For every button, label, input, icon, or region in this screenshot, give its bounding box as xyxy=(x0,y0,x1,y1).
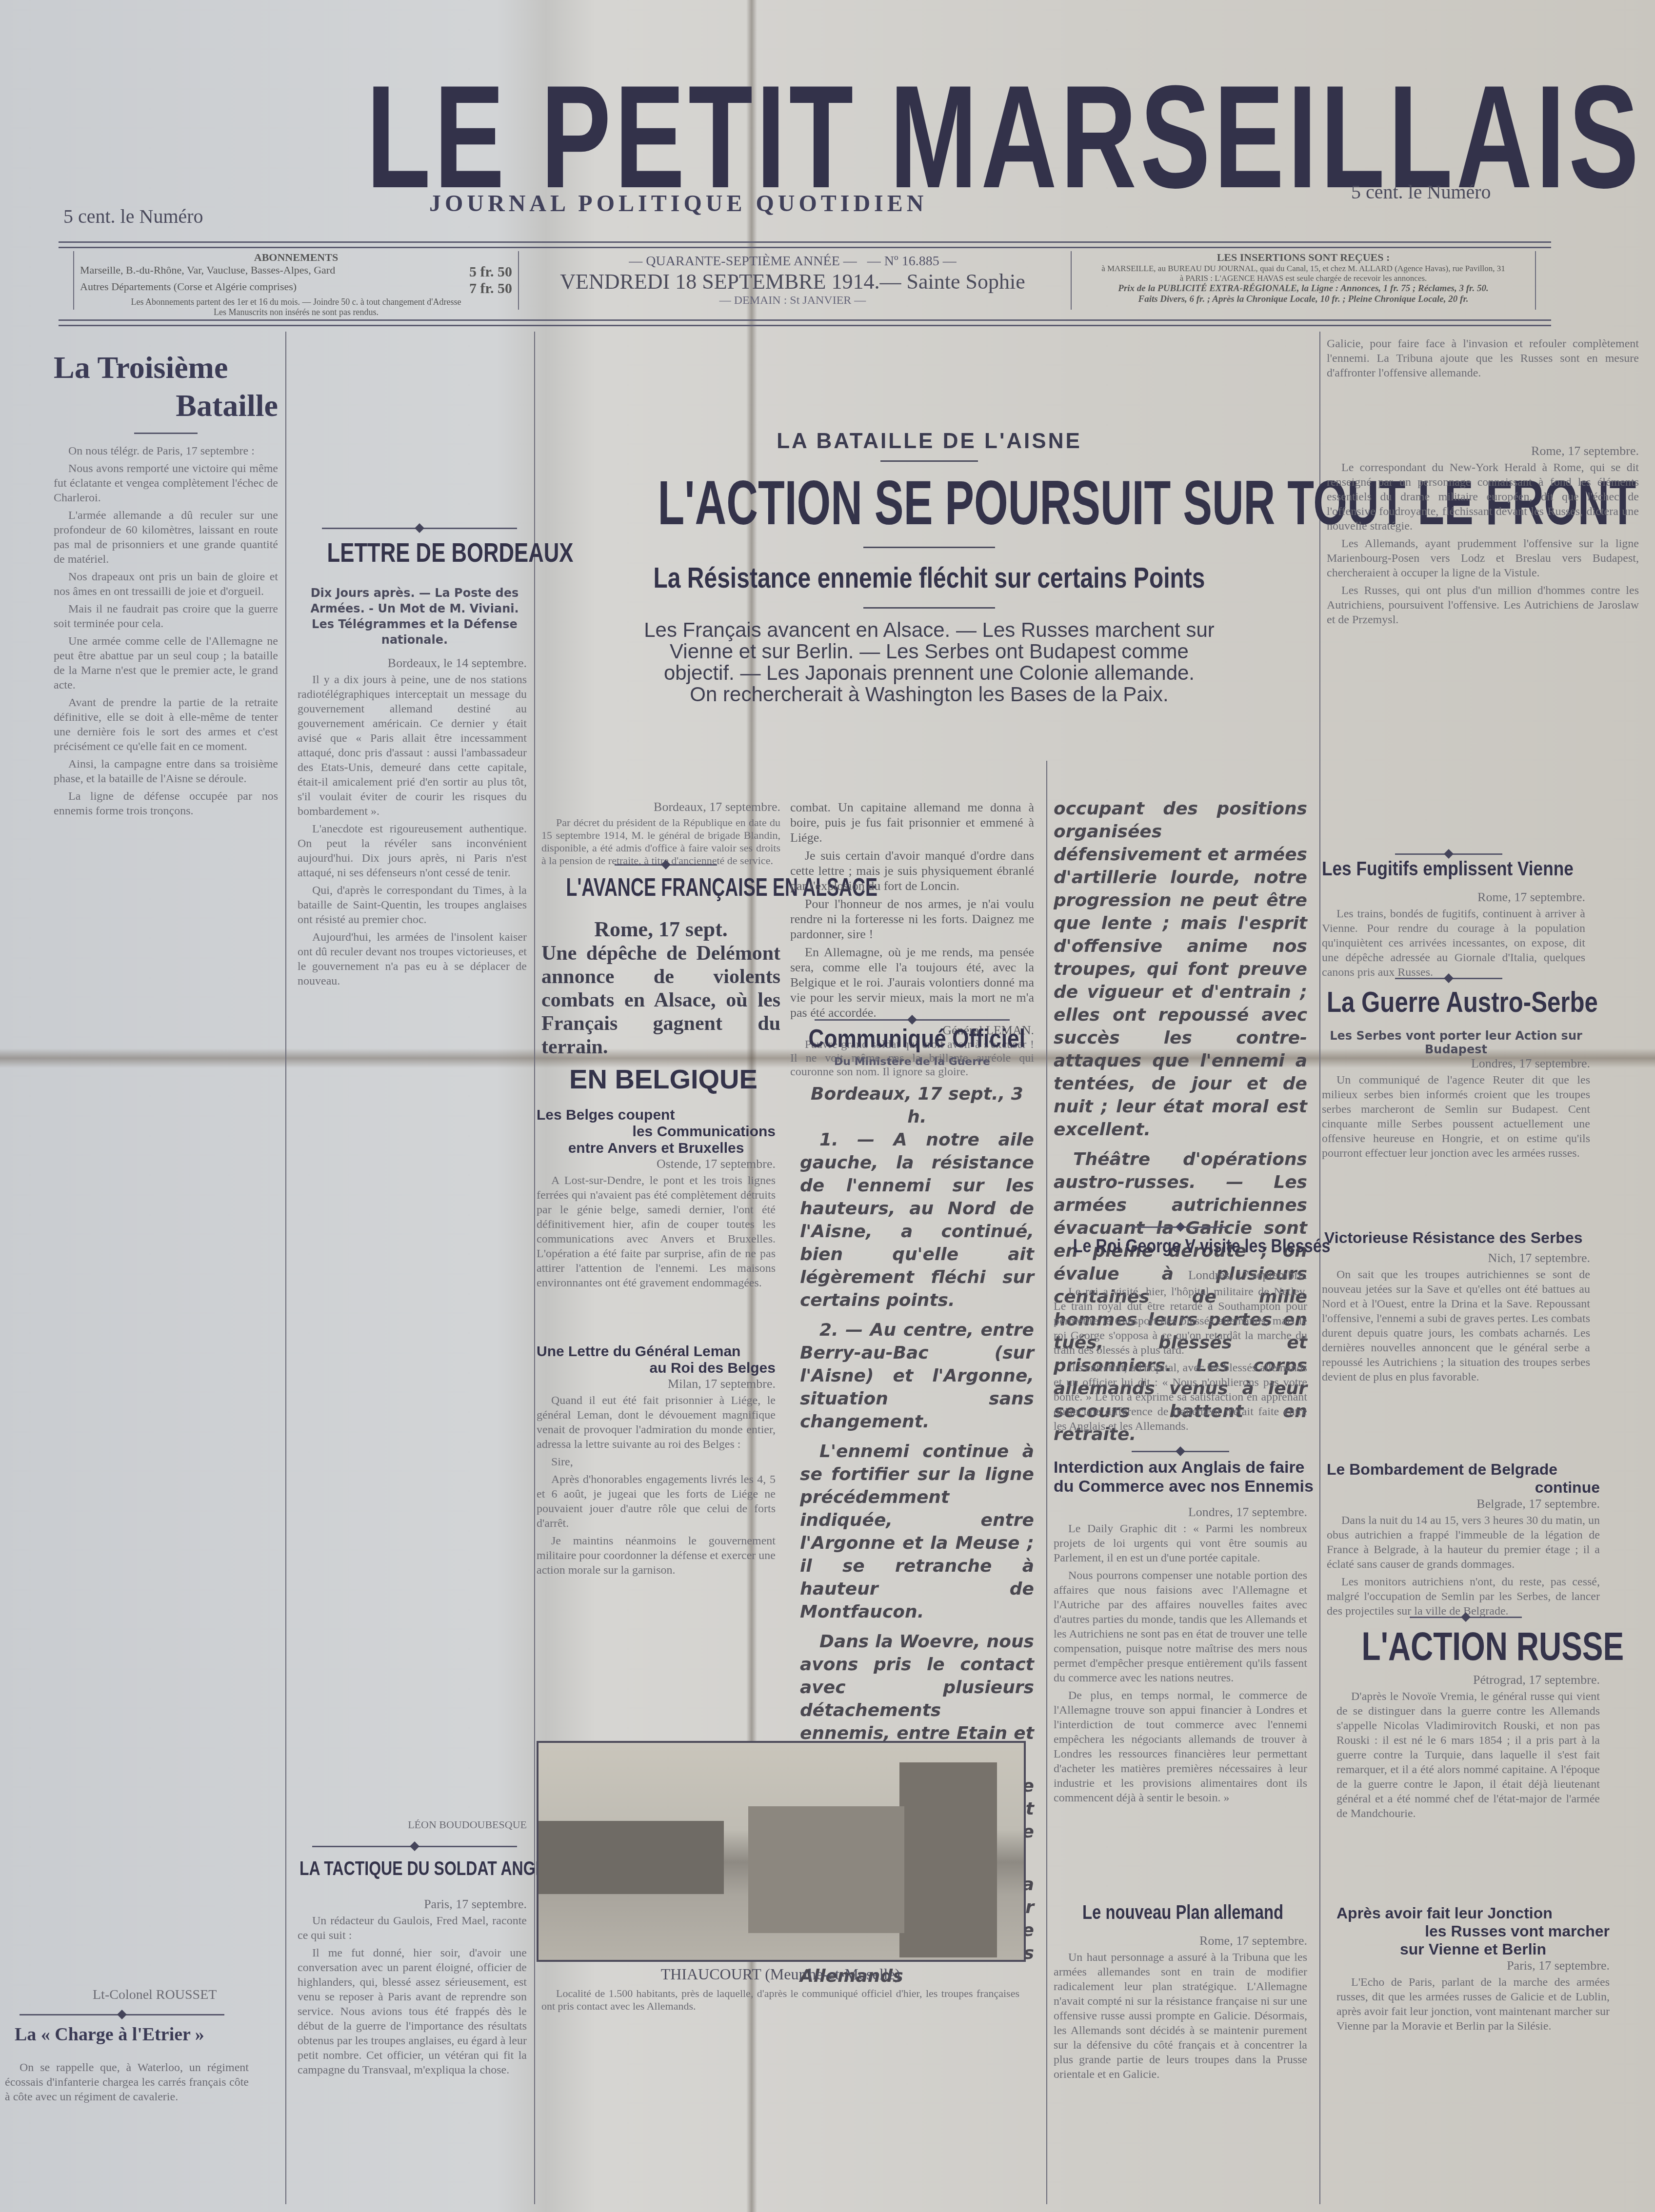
dateline: Ostende, 17 septembre. xyxy=(537,1157,776,1171)
signature: LÉON BOUDOUBESQUE xyxy=(298,1818,527,1831)
article-austro-serbe: Les Serbes vont porter leur Action sur B… xyxy=(1322,1029,1590,1164)
article-body: On se rappelle que, à Waterloo, un régim… xyxy=(5,2060,249,2207)
photo-description: Localité de 1.500 habitants, près de laq… xyxy=(541,1987,1019,2031)
article-title-bordeaux: LETTRE DE BORDEAUX xyxy=(327,536,502,568)
article-action-russe: Pétrograd, 17 septembre. D'après le Novo… xyxy=(1336,1673,1600,1870)
article-lettre-bordeaux: Bordeaux, le 14 septembre. Il y a dix jo… xyxy=(298,656,527,1831)
article-title: du Commerce avec nos Ennemis xyxy=(1054,1477,1307,1496)
article-body: Il y a dix jours à peine, une de nos sta… xyxy=(298,672,527,1818)
lead-headline: L'ACTION SE POURSUIT SUR TOUT LE FRONT xyxy=(658,472,1201,535)
ornament-rule xyxy=(1132,1451,1229,1452)
ornament-rule xyxy=(322,528,517,529)
subscription-label: Marseille, B.-du-Rhône, Var, Vaucluse, B… xyxy=(80,264,335,280)
article-title: continue xyxy=(1327,1479,1600,1497)
subscription-price: 5 fr. 50 xyxy=(469,264,512,280)
article-body: Le Daily Graphic dit : « Parmi les nombr… xyxy=(1054,1521,1307,1946)
article-body: Un communiqué de l'agence Reuter dit que… xyxy=(1322,1073,1590,1164)
article-body: D'après le Novoïe Vremia, le général rus… xyxy=(1336,1689,1600,1870)
dateline: Belgrade, 17 septembre. xyxy=(1327,1497,1600,1511)
article-george-v: Londres, 17 septembre. Le roi a visité, … xyxy=(1054,1268,1307,1437)
article-tactique: Paris, 17 septembre. Un rédacteur du Gau… xyxy=(298,1897,527,2196)
article-title: au Roi des Belges xyxy=(537,1360,776,1377)
article-body: Un haut personnage a assuré à la Tribuna… xyxy=(1054,1950,1307,2204)
issue-info: — QUARANTE-SEPTIÈME ANNÉE — — Nº 16.885 … xyxy=(522,254,1063,307)
article-title-alsace: L'AVANCE FRANÇAISE EN ALSACE xyxy=(566,873,756,902)
ornament-rule xyxy=(1410,1617,1522,1618)
article-body: combat. Un capitaine allemand me donna à… xyxy=(790,800,1034,1023)
article-decree: Bordeaux, 17 septembre. Par décret du pr… xyxy=(541,800,780,870)
dateline: Rome, 17 sept. xyxy=(541,917,780,942)
masthead-title: LE PETIT MARSEILLAIS xyxy=(366,63,1297,210)
ornament-rule xyxy=(1395,853,1502,855)
article-alsace: Rome, 17 sept. Une dépêche de Delémont a… xyxy=(541,917,780,1059)
article-subtitle: entre Anvers et Bruxelles xyxy=(537,1140,776,1157)
ornament-rule xyxy=(1132,1226,1229,1228)
column-rule xyxy=(534,332,535,2204)
price-left: 5 cent. le Numéro xyxy=(63,205,203,228)
saint-tomorrow: — DEMAIN : St JANVIER — xyxy=(522,294,1063,307)
dateline: Londres, 17 septembre. xyxy=(1054,1268,1307,1283)
dateline: Paris, 17 septembre. xyxy=(1336,1958,1610,1973)
advertising-rates: Prix de la PUBLICITÉ EXTRA-RÉGIONALE, la… xyxy=(1072,283,1535,294)
column-rule xyxy=(1046,761,1047,2204)
article-subtitle: Dix Jours après. — La Poste des Armées. … xyxy=(302,585,527,648)
lead-deck: Les Français avancent en Alsace. — Les R… xyxy=(541,619,1317,705)
article-title-charge: La « Charge à l'Etrier » xyxy=(15,2024,204,2045)
article-body: Le correspondant du New-York Herald à Ro… xyxy=(1327,460,1639,841)
article-title: Le Bombardement de Belgrade xyxy=(1327,1461,1600,1479)
article-body: Dans la nuit du 14 au 15, vers 3 heures … xyxy=(1327,1513,1600,1621)
article-title-action-russe: L'ACTION RUSSE xyxy=(1362,1624,1575,1670)
article-title: Une Lettre du Général Leman xyxy=(537,1343,776,1360)
subscription-label: Autres Départements (Corse et Algérie co… xyxy=(80,280,297,297)
article-title: sur Vienne et Berlin xyxy=(1336,1940,1610,1958)
ornament-rule xyxy=(815,1019,1010,1021)
dateline: Londres, 17 septembre. xyxy=(1322,1056,1590,1071)
article-right-top: Galicie, pour faire face à l'invasion et… xyxy=(1327,336,1639,841)
manuscripts-note: Les Manuscrits non insérés ne sont pas r… xyxy=(74,307,518,317)
article-body: Un rédacteur du Gaulois, Fred Mael, raco… xyxy=(298,1914,527,2196)
section-title-belgique: EN BELGIQUE xyxy=(556,1063,771,1095)
advertising-line: à PARIS : L'AGENCE HAVAS est seule charg… xyxy=(1072,274,1535,283)
masthead-rule-top xyxy=(59,241,1551,248)
issue-date: VENDREDI 18 SEPTEMBRE 1914.— Sainte Soph… xyxy=(522,269,1063,294)
dateline: Milan, 17 septembre. xyxy=(537,1377,776,1391)
lead-subhead: La Résistance ennemie fléchit sur certai… xyxy=(619,561,1239,594)
article-jonction: Après avoir fait leur Jonction les Russe… xyxy=(1336,1904,1610,2121)
ornament-rule xyxy=(312,1846,517,1847)
article-title-communique: Communiqué Officiel xyxy=(809,1024,1016,1053)
article-title-plan: Le nouveau Plan allemand xyxy=(1077,1902,1289,1924)
dateline: Londres, 17 septembre. xyxy=(1054,1505,1307,1520)
ornament-rule xyxy=(615,864,717,866)
advertising-heading: LES INSERTIONS SONT REÇUES : xyxy=(1072,251,1535,264)
article-resistance-serbes: Nich, 17 septembre. On sait que les trou… xyxy=(1322,1251,1590,1453)
article-body: L'Echo de Paris, parlant de la marche de… xyxy=(1336,1975,1610,2121)
dateline: Bordeaux, 17 sept., 3 h. xyxy=(800,1083,1034,1128)
article-title-resistance: Victorieuse Résistance des Serbes xyxy=(1324,1229,1597,1247)
advertising-rates: Faits Divers, 6 fr. ; Après la Chronique… xyxy=(1072,294,1535,305)
lead-kicker: LA BATAILLE DE L'AISNE xyxy=(541,429,1317,454)
subscriptions-box: ABONNEMENTS Marseille, B.-du-Rhône, Var,… xyxy=(73,251,519,310)
article-troisieme-bataille: La Troisième Bataille On nous télégr. de… xyxy=(54,349,278,1882)
article-title: La Troisième xyxy=(54,349,278,387)
dateline: Nich, 17 septembre. xyxy=(1322,1251,1590,1265)
masthead-subtitle: JOURNAL POLITIQUE QUOTIDIEN xyxy=(429,190,927,217)
subscriptions-note: Les Abonnements partent des 1er et 16 du… xyxy=(74,297,518,307)
article-title: Interdiction aux Anglais de faire xyxy=(1054,1458,1307,1477)
dateline: Bordeaux, le 14 septembre. xyxy=(298,656,527,671)
article-body: On sait que les troupes autrichiennes se… xyxy=(1322,1267,1590,1453)
dateline: Bordeaux, 17 septembre. xyxy=(541,800,780,814)
article-title-fugitifs: Les Fugitifs emplissent Vienne xyxy=(1322,858,1562,880)
column-rule xyxy=(1319,332,1320,2204)
subscriptions-heading: ABONNEMENTS xyxy=(74,251,518,264)
article-title-tactique: LA TACTIQUE DU SOLDAT ANGLAIS xyxy=(299,1858,510,1880)
article-belgrade: Le Bombardement de Belgrade continue Bel… xyxy=(1327,1461,1600,1621)
dateline: Paris, 17 septembre. xyxy=(298,1897,527,1912)
article-body: On nous télégr. de Paris, 17 septembre :… xyxy=(54,444,278,1882)
article-subtitle: Les Belges coupent xyxy=(537,1107,776,1124)
article-body: A Lost-sur-Dendre, le pont et les trois … xyxy=(537,1173,776,1293)
article-body: Galicie, pour faire face à l'invasion et… xyxy=(1327,336,1639,444)
subscription-price: 7 fr. 50 xyxy=(469,280,512,297)
price-right: 5 cent. le Numéro xyxy=(1351,180,1491,203)
article-subtitle: les Communications xyxy=(537,1124,776,1140)
article-belgique: Les Belges coupent les Communications en… xyxy=(537,1107,776,1293)
article-title: Après avoir fait leur Jonction xyxy=(1336,1904,1610,1922)
photo-thiaucourt xyxy=(537,1741,1026,1962)
signature: Lt-Colonel ROUSSET xyxy=(93,1987,217,2003)
column-rule xyxy=(285,332,286,2204)
ornament-rule xyxy=(1395,978,1502,979)
article-body: Quand il eut été fait prisonnier à Liége… xyxy=(537,1393,776,1754)
lead-story-header: LA BATAILLE DE L'AISNE L'ACTION SE POURS… xyxy=(541,429,1317,705)
ornament-rule xyxy=(20,2014,224,2015)
advertising-box: LES INSERTIONS SONT REÇUES : à MARSEILLE… xyxy=(1071,251,1536,310)
masthead-rule-bottom xyxy=(59,319,1551,326)
dateline: Rome, 17 septembre. xyxy=(1322,890,1585,905)
dateline: Rome, 17 septembre. xyxy=(1054,1934,1307,1948)
article-title-austro-serbe: La Guerre Austro-Serbe xyxy=(1327,985,1543,1019)
article-body: Une dépêche de Delémont annonce de viole… xyxy=(541,942,780,1059)
photo-caption: THIAUCOURT (Meurthe-et-Moselle) xyxy=(537,1965,1024,1983)
dateline: Rome, 17 septembre. xyxy=(1327,444,1639,458)
article-interdiction: Interdiction aux Anglais de faire du Com… xyxy=(1054,1458,1307,1946)
article-nouveau-plan: Rome, 17 septembre. Un haut personnage a… xyxy=(1054,1934,1307,2204)
article-title: les Russes vont marcher xyxy=(1336,1922,1610,1940)
advertising-line: à MARSEILLE, au BUREAU DU JOURNAL, quai … xyxy=(1072,264,1535,274)
article-subtitle: Les Serbes vont porter leur Action sur B… xyxy=(1322,1029,1590,1056)
article-fugitifs: Rome, 17 septembre. Les trains, bondés d… xyxy=(1322,890,1585,983)
article-leman: Une Lettre du Général Leman au Roi des B… xyxy=(537,1343,776,1754)
article-body: Les trains, bondés de fugitifs, continue… xyxy=(1322,907,1585,983)
article-body: Par décret du président de la République… xyxy=(541,816,780,870)
dateline: Pétrograd, 17 septembre. xyxy=(1336,1673,1600,1687)
article-body: Le roi a visité, hier, l'hôpital militai… xyxy=(1054,1284,1307,1437)
edition-year: — QUARANTE-SEPTIÈME ANNÉE — — Nº 16.885 … xyxy=(522,254,1063,269)
article-title-george: Le Roi George V visite les Blessés xyxy=(1073,1236,1293,1257)
article-title: Bataille xyxy=(54,387,278,425)
communique-source: Du Ministère de la Guerre xyxy=(790,1056,1034,1068)
